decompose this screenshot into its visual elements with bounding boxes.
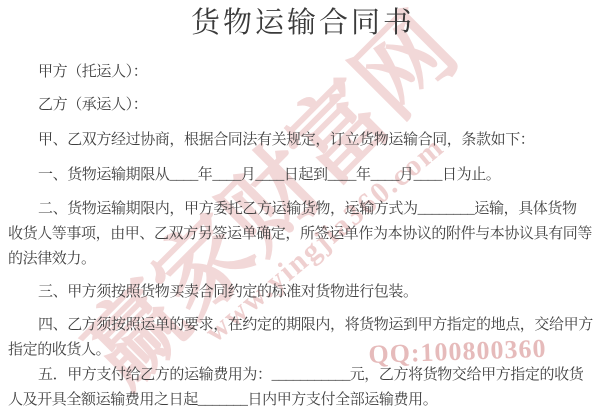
clause-4-line-2: 指定的收货人。 bbox=[8, 338, 598, 363]
contract-body: 货物运输合同书 甲方（托运人）： 乙方（承运人）： 甲、乙双方经过协商，根据合同… bbox=[0, 4, 604, 410]
clause-1-line: 一、货物运输期限从____年____月____日起到____年____月____… bbox=[8, 163, 598, 188]
clause-5-line-2: 人及开具全额运输费用之日起_______日内甲方支付全部运输费用。 bbox=[8, 388, 598, 410]
clause-2-line-2: 收货人等事项，由甲、乙双方另签运单确定，所签运单作为本协议的附件与本协议具有同等 bbox=[8, 222, 598, 247]
contract-title: 货物运输合同书 bbox=[8, 4, 598, 42]
clause-4-line-1: 四、乙方须按照运单的要求，在约定的期限内，将货物运到甲方指定的地点，交给甲方 bbox=[8, 313, 598, 338]
clause-2-line-3: 的法律效力。 bbox=[8, 247, 598, 272]
clause-2-line-1: 二、货物运输期限内，甲方委托乙方运输货物，运输方式为________运输，具体货… bbox=[8, 197, 598, 222]
clause-3-line: 三、甲方须按照货物买卖合同约定的标准对货物进行包装。 bbox=[8, 280, 598, 305]
preamble-line: 甲、乙双方经过协商，根据合同法有关规定，订立货物运输合同，条款如下： bbox=[8, 128, 598, 153]
clause-5-line-1: 五．甲方支付给乙方的运输费用为：___________元，乙方将货物交给甲方指定… bbox=[8, 363, 598, 388]
party-b-line: 乙方（承运人）： bbox=[8, 93, 598, 118]
contract-document-page: 赢家财富网 www.yingjia360.com QQ:100800360 货物… bbox=[0, 0, 604, 410]
party-a-line: 甲方（托运人）： bbox=[8, 60, 598, 85]
